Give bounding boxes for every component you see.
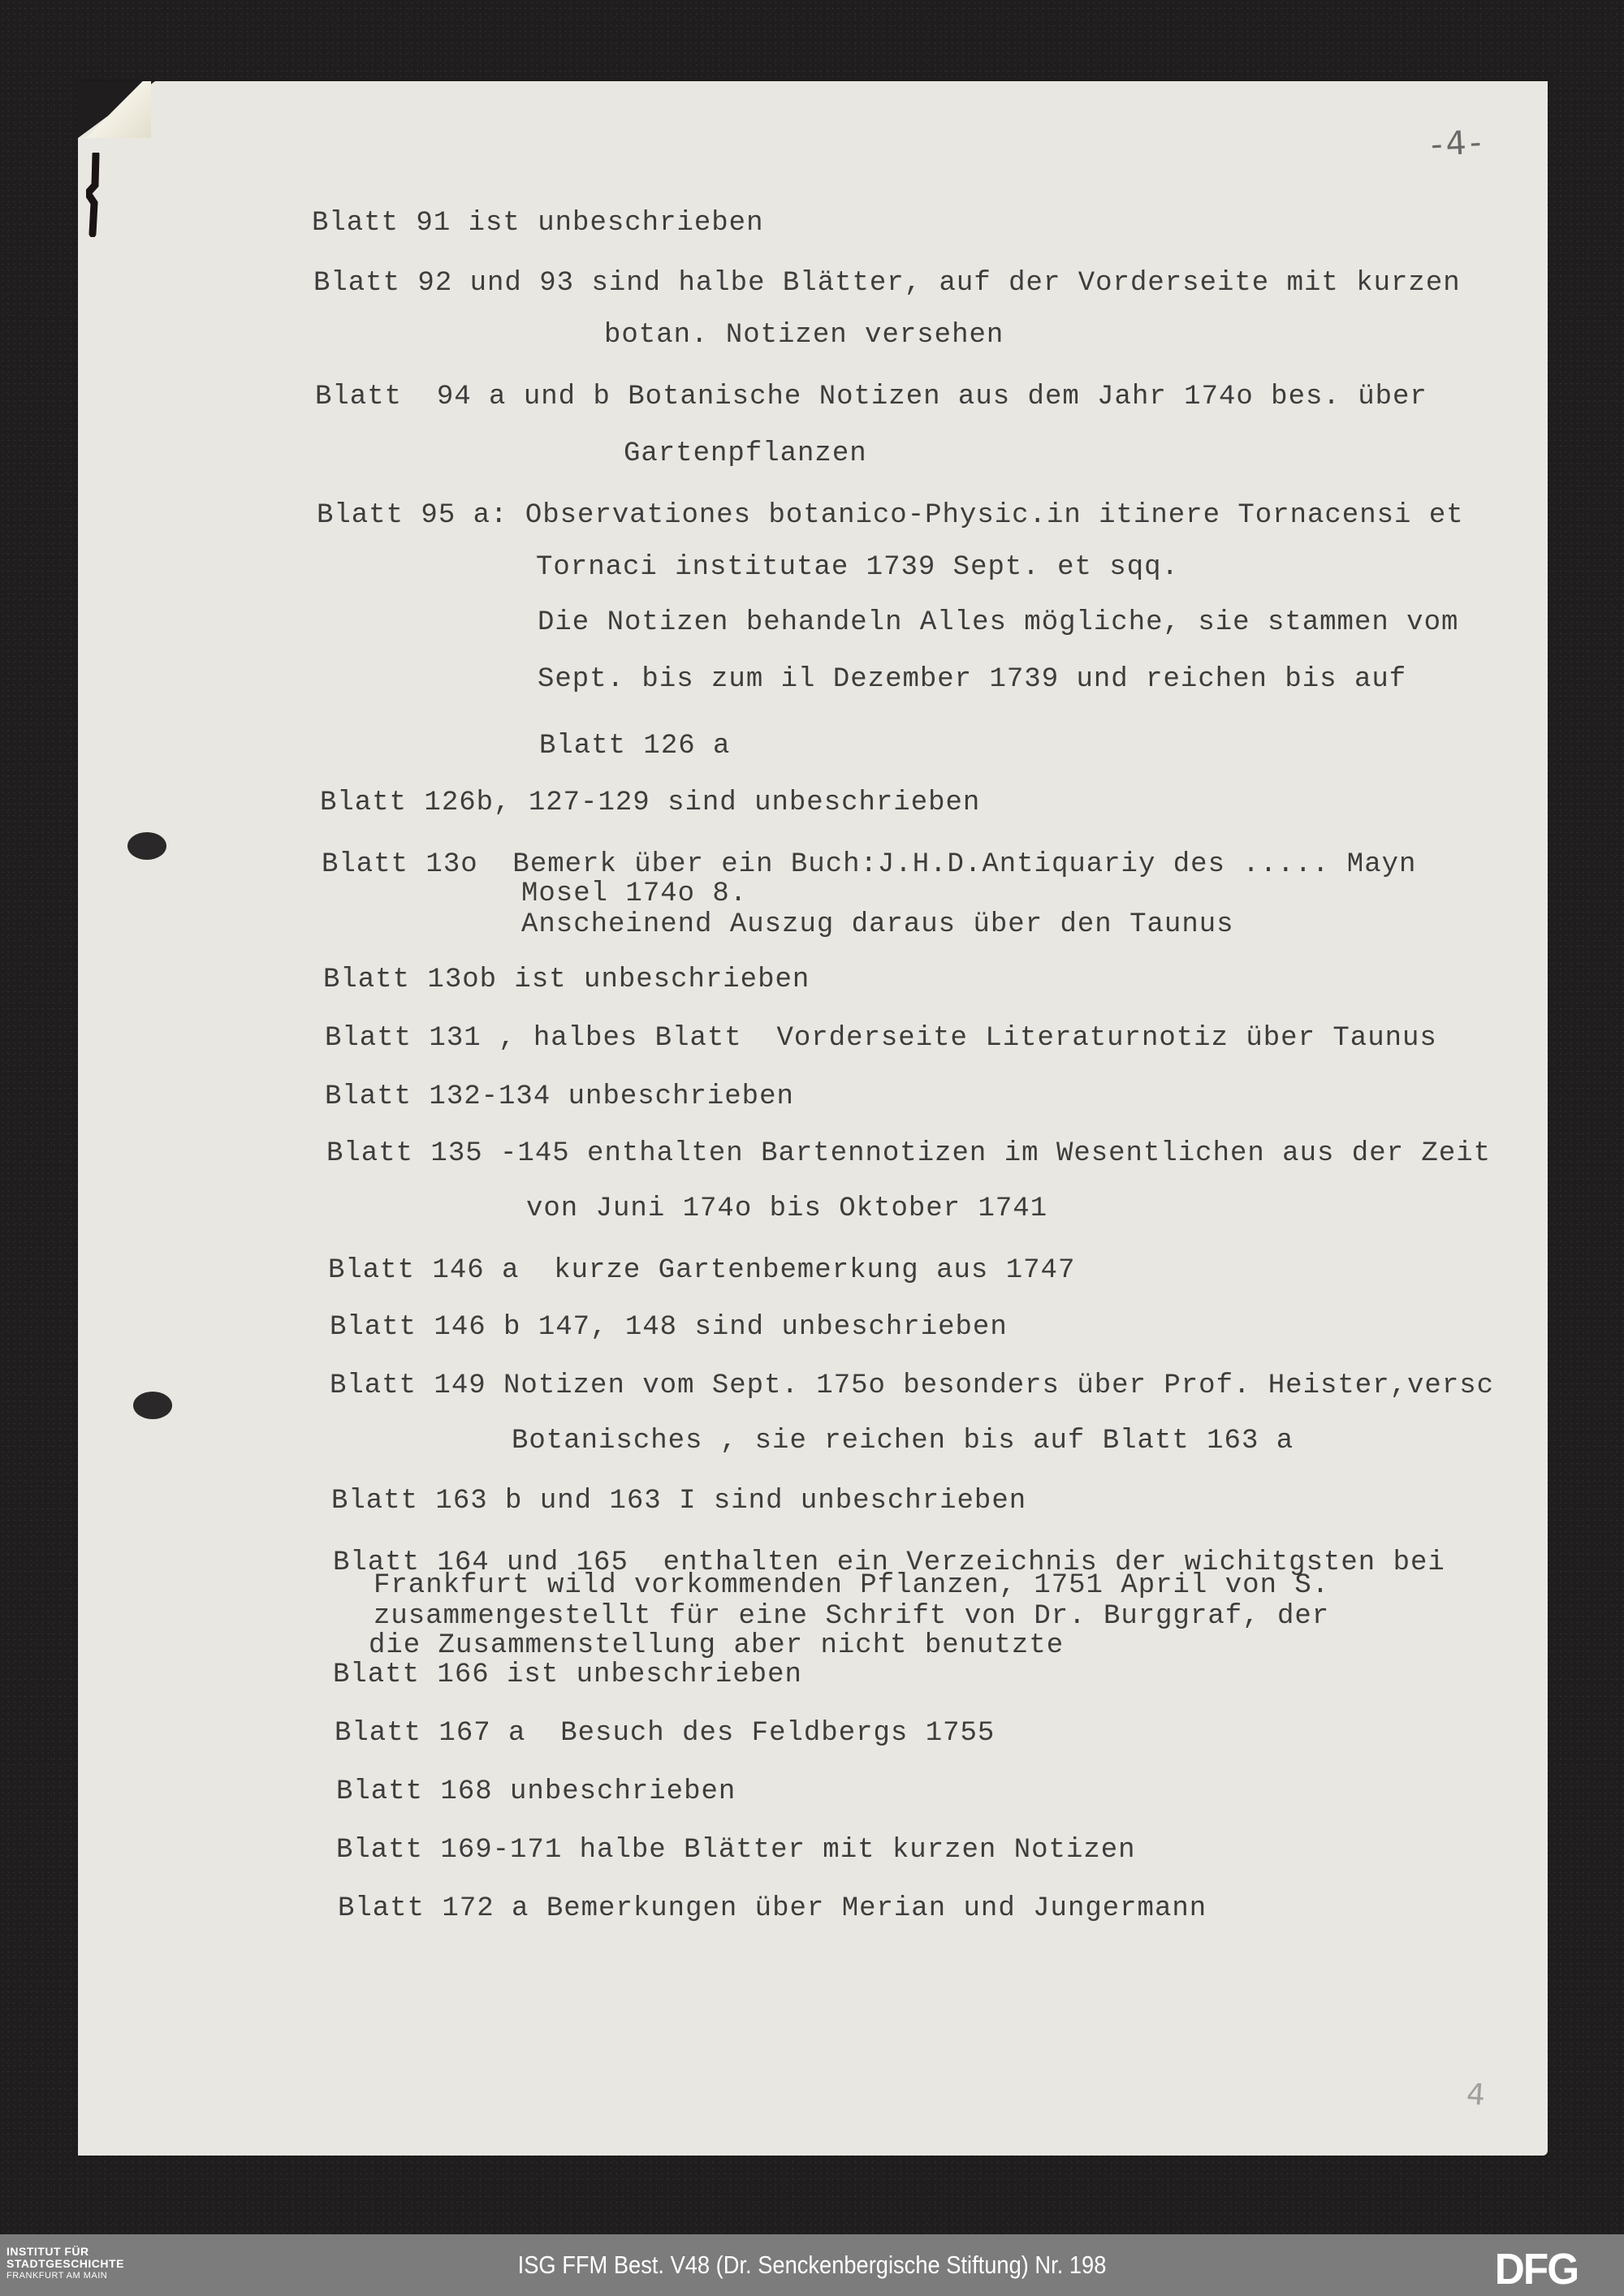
text-line: Blatt 132-134 unbeschrieben — [325, 1081, 794, 1112]
text-line: Blatt 135 -145 enthalten Bartennotizen i… — [326, 1138, 1491, 1169]
text-line: botan. Notizen versehen — [604, 320, 1004, 351]
text-line: Botanisches , sie reichen bis auf Blatt … — [512, 1426, 1294, 1457]
text-line: Mosel 174o 8. — [521, 878, 747, 909]
text-line: Tornaci institutae 1739 Sept. et sqq. — [536, 552, 1179, 583]
archive-caption: ISG FFM Best. V48 (Dr. Senckenbergische … — [97, 2251, 1527, 2280]
text-line: Sept. bis zum il Dezember 1739 und reich… — [538, 664, 1406, 695]
text-line: von Juni 174o bis Oktober 1741 — [526, 1193, 1047, 1224]
text-line: zusammengestellt für eine Schrift von Dr… — [374, 1601, 1329, 1632]
text-line: Blatt 163 b und 163 I sind unbeschrieben — [331, 1486, 1026, 1517]
text-line: Blatt 94 a und b Botanische Notizen aus … — [315, 382, 1427, 412]
text-line: Blatt 13ob ist unbeschrieben — [323, 965, 810, 995]
text-line: Anscheinend Auszug daraus über den Taunu… — [521, 909, 1234, 940]
text-line: Die Notizen behandeln Alles mögliche, si… — [538, 607, 1458, 638]
text-line: Blatt 131 , halbes Blatt Vorderseite Lit… — [325, 1023, 1437, 1054]
text-line: die Zusammenstellung aber nicht benutzte — [369, 1630, 1064, 1661]
text-line: Blatt 149 Notizen vom Sept. 175o besonde… — [330, 1370, 1494, 1401]
text-line: Blatt 172 a Bemerkungen über Merian und … — [338, 1893, 1207, 1924]
text-line: Frankfurt wild vorkommenden Pflanzen, 17… — [374, 1570, 1329, 1601]
footer-bar: INSTITUT FÜR STADTGESCHICHTE FRANKFURT A… — [0, 2234, 1624, 2296]
text-line: Blatt 146 b 147, 148 sind unbeschrieben — [330, 1312, 1008, 1343]
typed-text-body: Blatt 91 ist unbeschrieben Blatt 92 und … — [0, 0, 1624, 2296]
text-line: Blatt 91 ist unbeschrieben — [312, 208, 764, 239]
text-line: Blatt 95 a: Observationes botanico-Physi… — [317, 500, 1464, 531]
text-line: Blatt 92 und 93 sind halbe Blätter, auf … — [313, 268, 1461, 299]
text-line: Gartenpflanzen — [624, 438, 867, 469]
text-line: Blatt 13o Bemerk über ein Buch:J.H.D.Ant… — [322, 849, 1416, 880]
text-line: Blatt 146 a kurze Gartenbemerkung aus 17… — [328, 1255, 1075, 1286]
text-line: Blatt 167 a Besuch des Feldbergs 1755 — [335, 1718, 995, 1749]
text-line: Blatt 126b, 127-129 sind unbeschrieben — [320, 788, 980, 818]
text-line: Blatt 166 ist unbeschrieben — [333, 1659, 802, 1690]
text-line: Blatt 168 unbeschrieben — [336, 1776, 736, 1807]
dfg-logo: DFG — [1495, 2248, 1579, 2290]
text-line: Blatt 169-171 halbe Blätter mit kurzen N… — [336, 1835, 1136, 1866]
text-line: Blatt 126 a — [539, 731, 730, 762]
